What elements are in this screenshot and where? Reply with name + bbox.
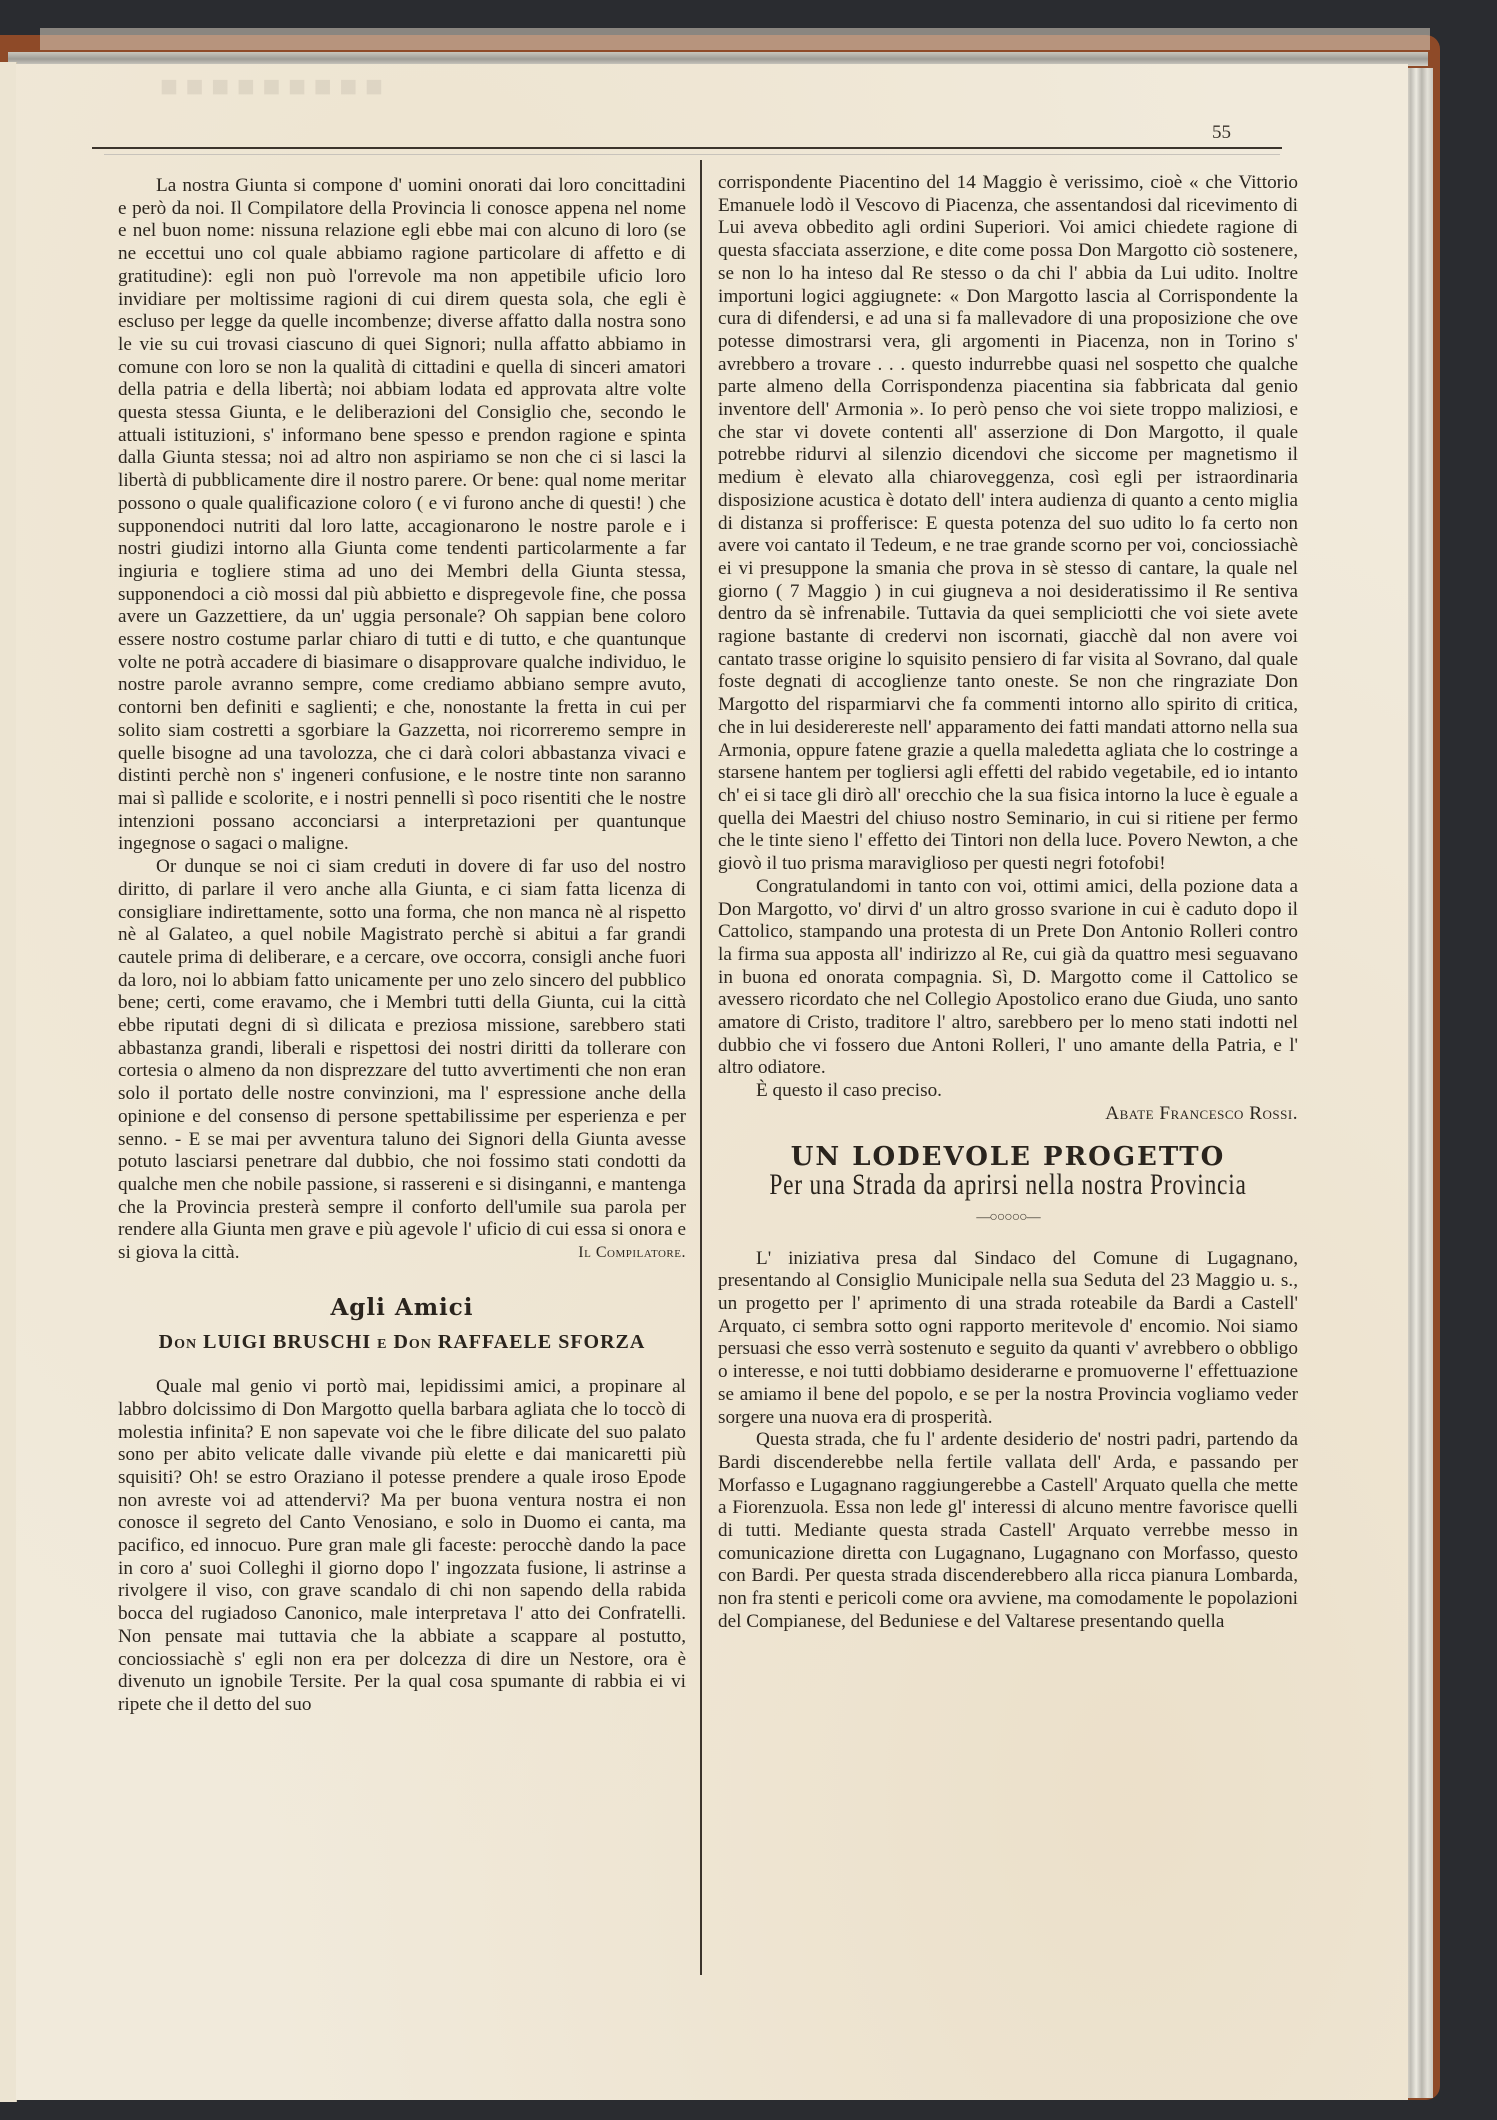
facing-page-edge	[0, 62, 17, 2102]
section-heading: UN LODEVOLE PROGETTO	[718, 1146, 1298, 1169]
article-paragraph: È questo il caso preciso.	[718, 1080, 1298, 1103]
left-column: La nostra Giunta si compone d' uomini on…	[118, 175, 686, 1717]
page-number: 55	[1212, 122, 1231, 144]
header-rule	[92, 147, 1282, 149]
article-paragraph: Congratulandomi in tanto con voi, ottimi…	[718, 876, 1298, 1080]
right-column: corrispondente Piacentino del 14 Maggio …	[718, 172, 1298, 1634]
column-divider	[700, 160, 702, 1975]
ornament-divider: —○○○○○—	[718, 1207, 1298, 1230]
signature: Il Compilatore.	[540, 1242, 686, 1265]
section-heading: Agli Amici	[118, 1297, 686, 1320]
page-fore-edge	[1405, 68, 1433, 2098]
article-paragraph: corrispondente Piacentino del 14 Maggio …	[718, 172, 1298, 876]
section-subheading: Per una Strada da aprirsi nella nostra P…	[727, 1174, 1289, 1197]
article-paragraph: Quale mal genio vi portò mai, lepidissim…	[118, 1376, 686, 1717]
article-paragraph: La nostra Giunta si compone d' uomini on…	[118, 175, 686, 856]
article-paragraph: L' iniziativa presa dal Sindaco del Comu…	[718, 1248, 1298, 1430]
article-paragraph: Questa strada, che fu l' ardente desider…	[718, 1429, 1298, 1633]
section-subheading: Don LUIGI BRUSCHI e Don RAFFAELE SFORZA	[118, 1331, 686, 1354]
header-rule-faint	[104, 154, 1280, 155]
signature: Abate Francesco Rossi.	[718, 1103, 1298, 1126]
cover-worn-edge	[40, 28, 1430, 50]
article-paragraph: Or dunque se noi ci siam creduti in dove…	[118, 856, 686, 1265]
